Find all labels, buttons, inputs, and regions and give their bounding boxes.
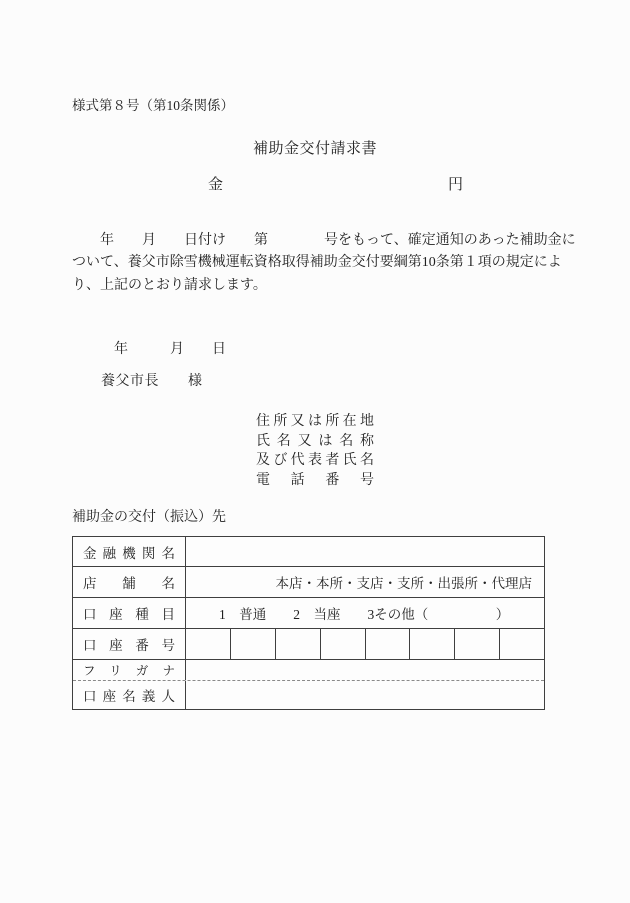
account-number-cell	[275, 629, 320, 659]
table-row-account-number: 口座番号	[73, 628, 544, 659]
row-label: 口座種目	[83, 603, 175, 623]
amount-prefix-label: 金	[208, 173, 223, 194]
row-label: 口座名義人	[83, 685, 175, 705]
table-row-account-holder: 口座名義人	[73, 680, 544, 709]
account-number-cells	[186, 629, 544, 659]
table-row-account-type: 口座種目 1 普通 2 当座 3その他（ ）	[73, 597, 544, 628]
account-number-cell	[365, 629, 410, 659]
financial-institution-field	[186, 537, 544, 566]
row-label: フリガナ	[83, 661, 175, 679]
account-number-cell	[320, 629, 365, 659]
furigana-field	[186, 660, 544, 680]
document-page: 様式第８号（第10条関係） 補助金交付請求書 金 円 年 月 日付け 第 号をも…	[0, 0, 630, 903]
row-label: 口座番号	[83, 634, 175, 654]
row-label-cell: 金融機関名	[73, 537, 186, 566]
account-number-cell	[499, 629, 544, 659]
bank-transfer-caption: 補助金の交付（振込）先	[72, 506, 226, 526]
account-type-options-text: 1 普通 2 当座 3その他（ ）	[219, 603, 509, 623]
addressee-line: 養父市長 様	[72, 370, 203, 390]
paragraph-line-3: り、上記のとおり請求します。	[72, 275, 564, 297]
applicant-info-block: 住所又は所在地 氏名又は名称 及び代表者氏名 電話番号	[256, 412, 374, 490]
account-number-field	[186, 629, 544, 659]
amount-suffix-label: 円	[448, 173, 463, 194]
applicant-field-address: 住所又は所在地	[256, 412, 374, 432]
table-row-financial-institution: 金融機関名	[73, 537, 544, 566]
row-label: 金融機関名	[83, 542, 175, 562]
row-label-cell: フリガナ	[73, 660, 186, 680]
row-label-cell: 口座名義人	[73, 681, 186, 709]
paragraph-line-1: 年 月 日付け 第 号をもって、確定通知のあった補助金に	[72, 230, 564, 252]
applicant-field-name: 氏名又は名称	[256, 432, 374, 452]
account-number-cell	[454, 629, 499, 659]
branch-name-field: 本店・本所・支店・支所・出張所・代理店	[186, 567, 544, 597]
row-label-cell: 口座種目	[73, 598, 186, 628]
row-label-cell: 口座番号	[73, 629, 186, 659]
applicant-field-representative: 及び代表者氏名	[256, 451, 374, 471]
branch-options-text: 本店・本所・支店・支所・出張所・代理店	[276, 572, 533, 592]
document-title: 補助金交付請求書	[0, 137, 630, 158]
table-row-branch-name: 店舗名 本店・本所・支店・支所・出張所・代理店	[73, 566, 544, 597]
account-number-cell	[230, 629, 275, 659]
row-label: 店舗名	[83, 572, 175, 592]
account-number-cell	[186, 629, 230, 659]
bank-transfer-table: 金融機関名 店舗名 本店・本所・支店・支所・出張所・代理店 口座種目 1 普通 …	[72, 536, 545, 710]
table-row-furigana: フリガナ	[73, 659, 544, 680]
amount-line: 金 円	[0, 173, 630, 191]
account-number-cell	[409, 629, 454, 659]
applicant-field-phone: 電話番号	[256, 471, 374, 491]
account-type-field: 1 普通 2 当座 3その他（ ）	[186, 598, 544, 628]
account-holder-field	[186, 681, 544, 709]
request-paragraph: 年 月 日付け 第 号をもって、確定通知のあった補助金に ついて、養父市除雪機械…	[72, 230, 564, 297]
date-line: 年 月 日	[72, 338, 226, 358]
form-number-line: 様式第８号（第10条関係）	[72, 94, 234, 114]
row-label-cell: 店舗名	[73, 567, 186, 597]
paragraph-line-2: ついて、養父市除雪機械運転資格取得補助金交付要綱第10条第１項の規定によ	[72, 252, 564, 274]
